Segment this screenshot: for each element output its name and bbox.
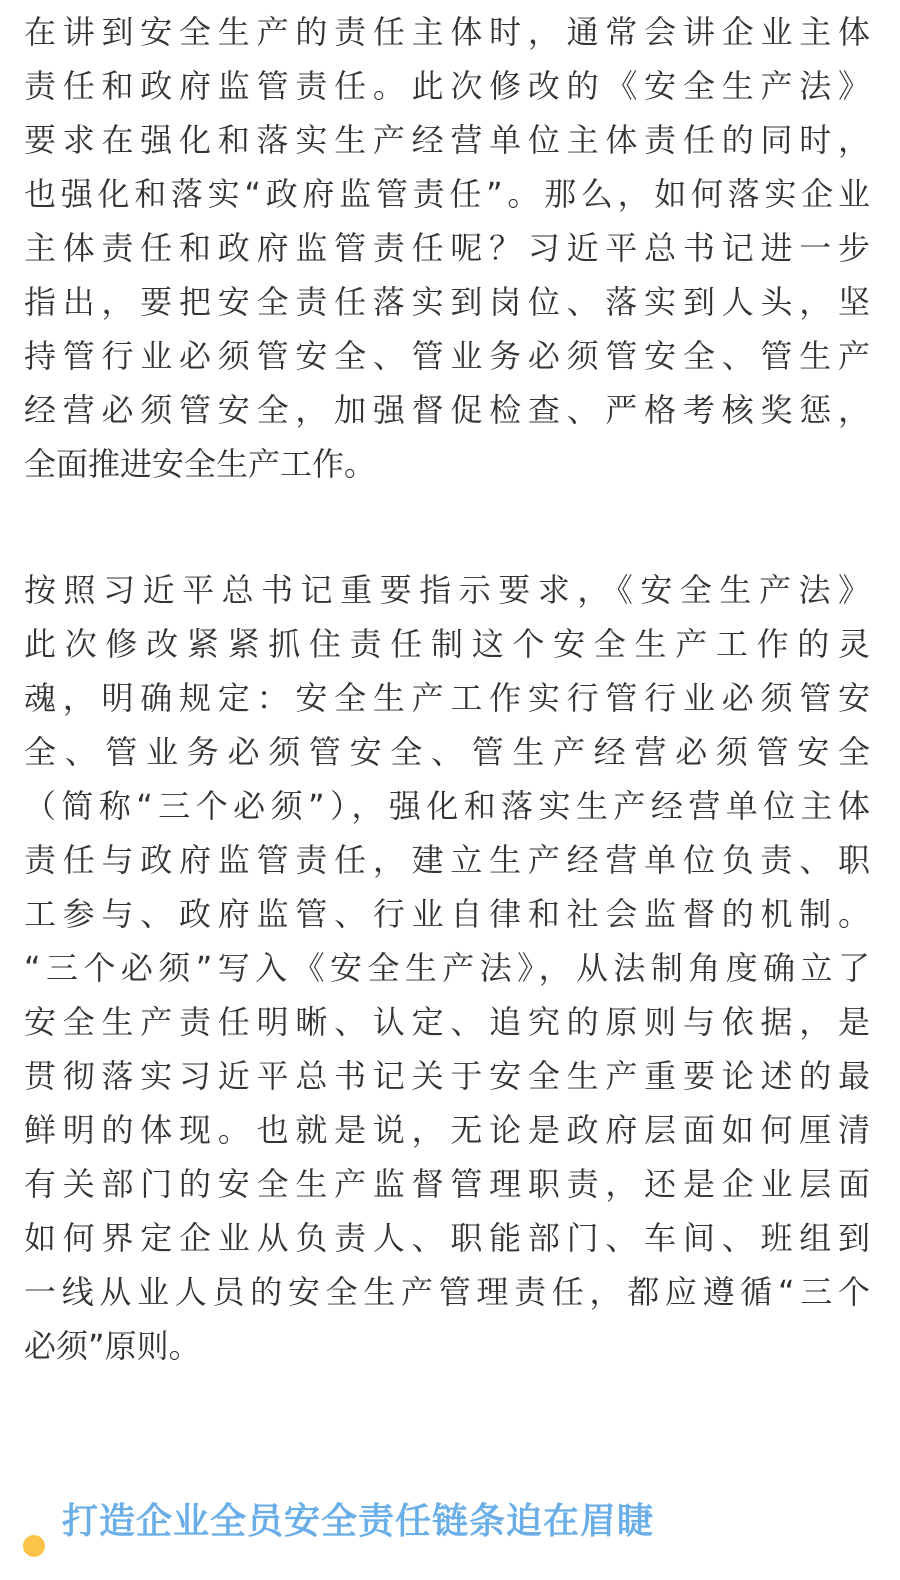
paragraph-1: 在讲到安全生产的责任主体时，通常会讲企业主体 责任和政府监管责任。此次修改的《安… [24,5,870,491]
text-line: 责任与政府监管责任，建立生产经营单位负责、职 [24,833,870,887]
text-line: 经营必须管安全，加强督促检查、严格考核奖惩， [24,383,870,437]
text-line: 鲜明的体现。也就是说，无论是政府层面如何厘清 [24,1103,870,1157]
text-line: “三个必须”写入《安全生产法》，从法制角度确立了 [24,941,870,995]
section-heading: 打造企业全员安全责任链条迫在眉睫 [62,1496,654,1548]
text-line: 一线从业人员的安全生产管理责任，都应遵循“三个 [24,1265,870,1319]
text-line: 此次修改紧紧抓住责任制这个安全生产工作的灵 [24,617,870,671]
text-line: 全、管业务必须管安全、管生产经营必须管安全 [24,725,870,779]
text-line: 全面推进安全生产工作。 [24,437,870,491]
text-line: 主体责任和政府监管责任呢？习近平总书记进一步 [24,221,870,275]
text-line: 有关部门的安全生产监督管理职责，还是企业层面 [24,1157,870,1211]
text-line: 在讲到安全生产的责任主体时，通常会讲企业主体 [24,5,870,59]
text-line: 按照习近平总书记重要指示要求，《安全生产法》 [24,563,870,617]
text-line: 贯彻落实习近平总书记关于安全生产重要论述的最 [24,1049,870,1103]
text-line: 持管行业必须管安全、管业务必须管安全、管生产 [24,329,870,383]
text-line: （简称“三个必须”），强化和落实生产经营单位主体 [24,779,870,833]
paragraph-2: 按照习近平总书记重要指示要求，《安全生产法》 此次修改紧紧抓住责任制这个安全生产… [24,563,870,1373]
bullet-dot-icon [23,1535,45,1557]
text-line: 魂，明确规定：安全生产工作实行管行业必须管安 [24,671,870,725]
text-line: 指出，要把安全责任落实到岗位、落实到人头，坚 [24,275,870,329]
text-line: 必须”原则。 [24,1319,870,1373]
text-line: 责任和政府监管责任。此次修改的《安全生产法》 [24,59,870,113]
text-line: 也强化和落实“政府监管责任”。那么，如何落实企业 [24,167,870,221]
text-line: 安全生产责任明晰、认定、追究的原则与依据，是 [24,995,870,1049]
text-line: 如何界定企业从负责人、职能部门、车间、班组到 [24,1211,870,1265]
text-line: 工参与、政府监管、行业自律和社会监督的机制。 [24,887,870,941]
text-line: 要求在强化和落实生产经营单位主体责任的同时， [24,113,870,167]
